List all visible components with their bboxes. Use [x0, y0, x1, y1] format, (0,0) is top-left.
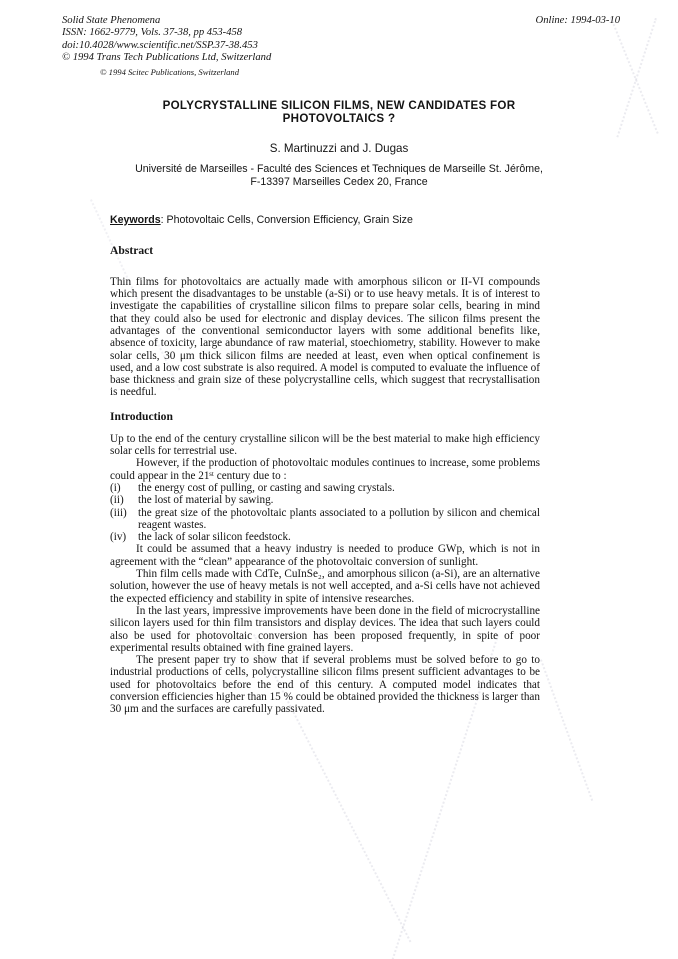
intro-paragraph-2: However, if the production of photovolta… [110, 457, 540, 482]
intro-paragraph-4: Thin film cells made with CdTe, CuInSe₂,… [110, 568, 540, 605]
list-marker: (iv) [110, 531, 138, 543]
introduction-heading: Introduction [110, 410, 540, 423]
abstract-heading: Abstract [110, 244, 540, 257]
list-item-text: the great size of the photovoltaic plant… [138, 507, 540, 531]
list-item: (ii)the lost of material by sawing. [110, 494, 540, 506]
scitec-copyright-line: © 1994 Scitec Publications, Switzerland [100, 67, 678, 77]
list-item-text: the lack of solar silicon feedstock. [138, 531, 291, 543]
intro-paragraph-1: Up to the end of the century crystalline… [110, 433, 540, 458]
doi-line: doi:10.4028/www.scientific.net/SSP.37-38… [62, 40, 271, 52]
abstract-text: Thin films for photovoltaics are actuall… [110, 276, 540, 399]
list-item-text: the lost of material by sawing. [138, 494, 273, 506]
list-item: (iv)the lack of solar silicon feedstock. [110, 531, 540, 543]
list-item: (i)the energy cost of pulling, or castin… [110, 482, 540, 494]
issn-line: ISSN: 1662-9779, Vols. 37-38, pp 453-458 [62, 27, 271, 39]
journal-title: Solid State Phenomena [62, 15, 271, 27]
list-item: (iii)the great size of the photovoltaic … [110, 507, 540, 532]
list-marker: (i) [110, 482, 138, 494]
keywords-line: Keywords: Photovoltaic Cells, Conversion… [110, 214, 678, 226]
paper-title-line2: PHOTOVOLTAICS ? [0, 112, 678, 126]
online-date: Online: 1994-03-10 [536, 15, 620, 27]
affiliation-line1: Université de Marseilles - Faculté des S… [0, 163, 678, 176]
copyright-line: © 1994 Trans Tech Publications Ltd, Swit… [62, 52, 271, 64]
journal-header-left: Solid State Phenomena ISSN: 1662-9779, V… [62, 15, 271, 65]
paper-page: Solid State Phenomena ISSN: 1662-9779, V… [0, 0, 678, 959]
intro-paragraph-3: It could be assumed that a heavy industr… [110, 543, 540, 568]
list-marker: (ii) [110, 494, 138, 506]
intro-paragraph-5: In the last years, impressive improvemen… [110, 605, 540, 654]
affiliation: Université de Marseilles - Faculté des S… [0, 163, 678, 189]
journal-header: Solid State Phenomena ISSN: 1662-9779, V… [0, 0, 678, 65]
list-marker: (iii) [110, 507, 138, 519]
keywords-label: Keywords [110, 214, 161, 226]
watermark-stroke [540, 659, 593, 801]
authors: S. Martinuzzi and J. Dugas [0, 142, 678, 155]
paper-title-line1: POLYCRYSTALLINE SILICON FILMS, NEW CANDI… [0, 99, 678, 113]
paper-title: POLYCRYSTALLINE SILICON FILMS, NEW CANDI… [0, 99, 678, 126]
paper-body: Abstract Thin films for photovoltaics ar… [110, 244, 540, 716]
affiliation-line2: F-13397 Marseilles Cedex 20, France [0, 176, 678, 189]
keywords-value: : Photovoltaic Cells, Conversion Efficie… [161, 214, 413, 226]
introduction-body: Up to the end of the century crystalline… [110, 433, 540, 716]
intro-paragraph-6: The present paper try to show that if se… [110, 654, 540, 715]
list-item-text: the energy cost of pulling, or casting a… [138, 482, 395, 494]
